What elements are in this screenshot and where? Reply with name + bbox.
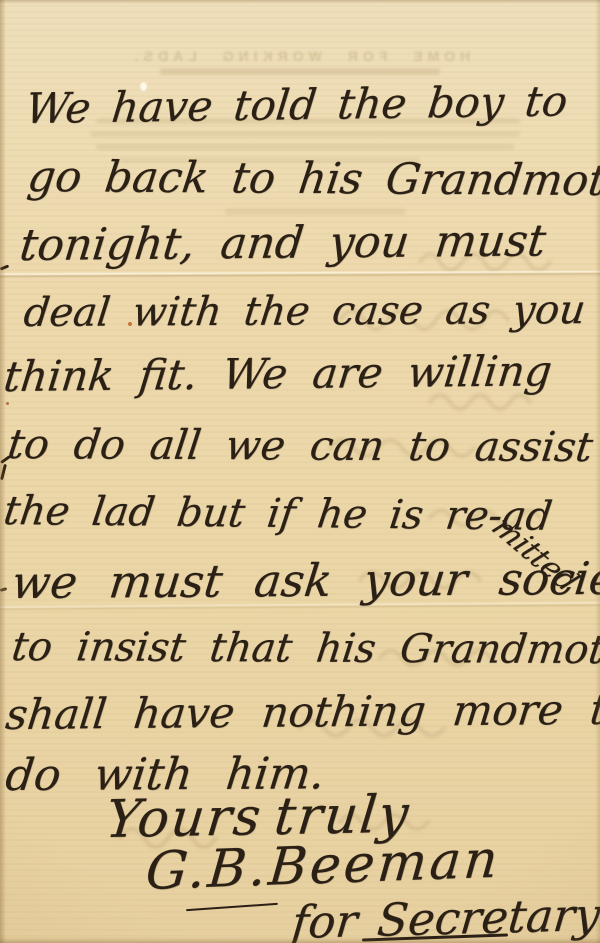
handwritten-line: we must ask your society bbox=[9, 551, 600, 609]
ghost-letterhead-title: HOME FOR WORKING LADS. bbox=[0, 48, 600, 64]
letter-page: HOME FOR WORKING LADS. We have told the … bbox=[0, 0, 600, 943]
handwritten-line: shall have nothing more to bbox=[3, 685, 600, 740]
signature-underline bbox=[186, 903, 278, 911]
handwritten-line: We have told the boy to bbox=[23, 76, 570, 133]
stray-ink-mark bbox=[0, 264, 9, 270]
handwritten-line: tonight, and you must bbox=[17, 215, 548, 271]
scan-edge bbox=[0, 0, 600, 4]
handwritten-line: to do all we can to assist bbox=[5, 420, 596, 471]
paper-blemish bbox=[128, 322, 132, 326]
handwritten-line: to insist that his Grandmother bbox=[9, 624, 600, 673]
ghost-print-line bbox=[96, 144, 514, 150]
handwritten-line: think fit. We are willing bbox=[1, 346, 554, 401]
stray-ink-mark bbox=[0, 464, 7, 480]
scan-edge bbox=[595, 0, 600, 943]
fold-crease bbox=[0, 271, 600, 278]
stray-ink-mark bbox=[0, 587, 7, 592]
ghost-print-line bbox=[90, 131, 520, 137]
ghost-print-line bbox=[160, 68, 440, 75]
handwritten-line: go back to his Grandmothers bbox=[25, 152, 600, 207]
ghost-print-line bbox=[225, 208, 405, 215]
paper-blemish bbox=[6, 402, 9, 405]
handwritten-line: the lad but if he is re-ad bbox=[1, 488, 555, 540]
paper-blemish bbox=[140, 82, 147, 91]
handwritten-line: deal with the case as you bbox=[21, 287, 588, 336]
